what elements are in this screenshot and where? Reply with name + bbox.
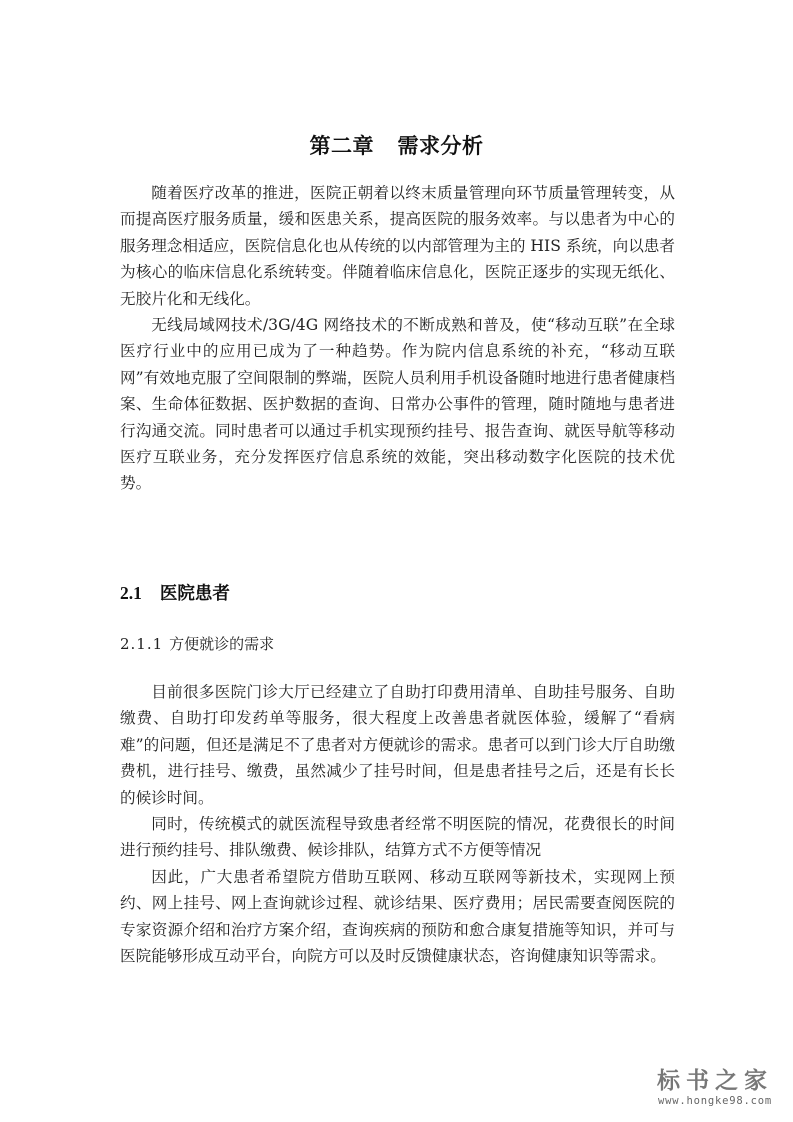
subsection-body: 目前很多医院门诊大厅已经建立了自助打印费用清单、自助挂号服务、自助缴费、自助打印… — [120, 679, 675, 969]
subsection-title: 方便就诊的需求 — [169, 635, 274, 653]
chapter-title: 第二章 需求分析 — [0, 130, 793, 160]
section-number: 2.1 — [120, 583, 142, 603]
subsection-heading: 2.1.1方便就诊的需求 — [120, 633, 274, 654]
intro-section: 随着医疗改革的推进，医院正朝着以终末质量管理向环节质量管理转变，从而提高医疗服务… — [120, 180, 675, 497]
intro-paragraph-2: 无线局域网技术/3G/4G 网络技术的不断成熟和普及，使“移动互联”在全球医疗行… — [120, 312, 675, 497]
section-title: 医院患者 — [160, 584, 230, 604]
section-heading: 2.1医院患者 — [120, 580, 230, 605]
subsection-paragraph-3: 因此，广大患者希望院方借助互联网、移动互联网等新技术，实现网上预约、网上挂号、网… — [120, 864, 675, 970]
intro-paragraph-1: 随着医疗改革的推进，医院正朝着以终末质量管理向环节质量管理转变，从而提高医疗服务… — [120, 180, 675, 312]
subsection-paragraph-1: 目前很多医院门诊大厅已经建立了自助打印费用清单、自助挂号服务、自助缴费、自助打印… — [120, 679, 675, 811]
watermark-url: www.hongke98.com — [640, 1095, 790, 1107]
watermark-logo: 标书之家 www.hongke98.com — [640, 1068, 790, 1107]
document-page: 第二章 需求分析 随着医疗改革的推进，医院正朝着以终末质量管理向环节质量管理转变… — [0, 0, 793, 1122]
subsection-paragraph-2: 同时，传统模式的就医流程导致患者经常不明医院的情况，花费很长的时间进行预约挂号、… — [120, 811, 675, 864]
watermark-title: 标书之家 — [640, 1068, 790, 1094]
subsection-number: 2.1.1 — [120, 635, 163, 653]
